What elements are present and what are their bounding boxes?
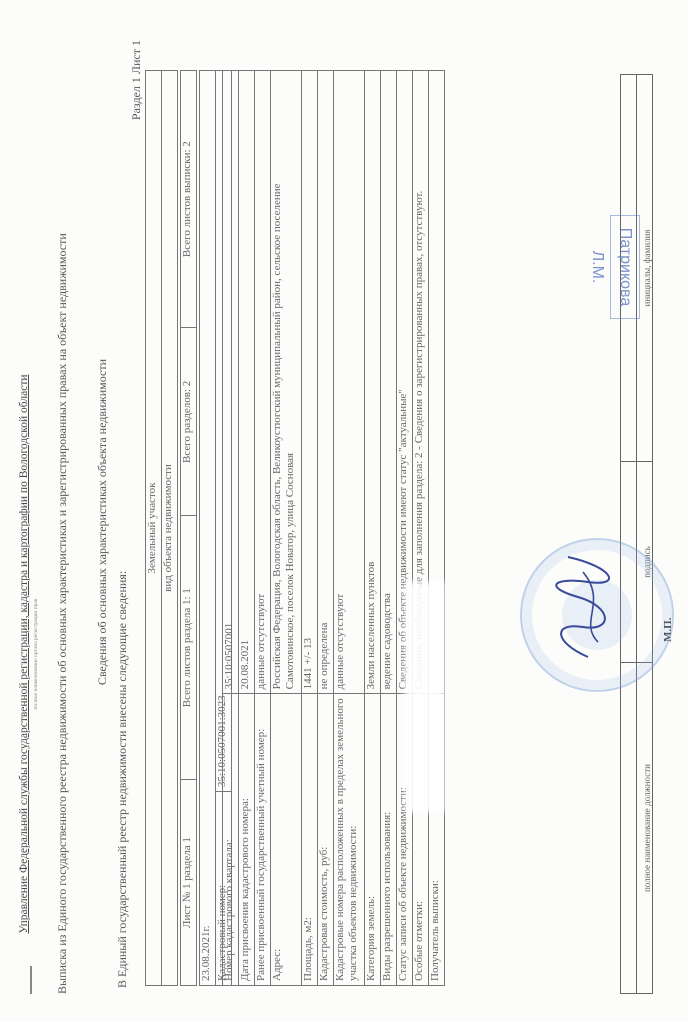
table-row: Площадь, м2: 1441 +/- 13 bbox=[302, 71, 318, 986]
table-row: Особые отметки: Сведения, необходимые дл… bbox=[413, 71, 429, 986]
address-line-2: Самотовинское, поселок Новатор, улица Со… bbox=[284, 75, 297, 689]
table-row: Номер кадастрового квартала: 35:10:05070… bbox=[223, 71, 239, 986]
total-sheets: Всего листов выписки: 2 bbox=[181, 71, 197, 328]
organization-caption: полное наименование органа регистрации п… bbox=[33, 314, 39, 994]
extract-date: 23.08.2021г. bbox=[200, 71, 216, 986]
table-row: Статус записи об объекте недвижимости: С… bbox=[397, 71, 413, 986]
characteristics-table: Номер кадастрового квартала: 35:10:05070… bbox=[222, 70, 445, 986]
table-row: Дата присвоения кадастрового номера: 20.… bbox=[239, 71, 255, 986]
section-title: Сведения об основных характеристиках объ… bbox=[95, 222, 110, 822]
table-row: Категория земель: Земли населенных пункт… bbox=[365, 71, 381, 986]
sheet-reference: Раздел 1 Лист 1 bbox=[129, 40, 144, 120]
position-caption: полное наименование должности bbox=[637, 663, 653, 994]
table-row: Кадастровая стоимость, руб: не определен… bbox=[318, 71, 334, 986]
sheets-in-section: Всего листов раздела 1: 1 bbox=[181, 516, 197, 780]
table-row: Получатель выписки: bbox=[429, 71, 445, 986]
signature-icon bbox=[548, 552, 618, 662]
organization-name: Управление Федеральной службы государств… bbox=[18, 314, 30, 994]
name-stamp: Патрикова Л.М. bbox=[610, 215, 640, 319]
table-row: Ранее присвоенный государственный учетны… bbox=[255, 71, 271, 986]
address-line-1: Российская Федерация, Вологодская област… bbox=[271, 75, 284, 689]
sheet-number: Лист № 1 раздела 1 bbox=[181, 780, 197, 986]
object-type-caption: вид объекта недвижимости bbox=[162, 71, 178, 986]
document-title: Выписка из Единого государственного реес… bbox=[55, 233, 70, 994]
signature-table: полное наименование должности подпись ин… bbox=[620, 74, 653, 994]
document-page: Управление Федеральной службы государств… bbox=[0, 0, 688, 1022]
margin-mark bbox=[30, 966, 32, 994]
intro-text: В Единый государственный реестр недвижим… bbox=[115, 571, 130, 988]
object-type-table: Земельный участок вид объекта недвижимос… bbox=[145, 70, 178, 986]
total-sections: Всего разделов: 2 bbox=[181, 328, 197, 516]
scan-washout bbox=[405, 582, 445, 812]
sheet-info-table: Лист № 1 раздела 1 Всего листов раздела … bbox=[180, 70, 197, 986]
table-row: Адрес: Российская Федерация, Вологодская… bbox=[271, 71, 302, 986]
table-row: Кадастровые номера расположенных в преде… bbox=[334, 71, 365, 986]
table-row: Виды разрешенного использования: ведение… bbox=[381, 71, 397, 986]
object-type-value: Земельный участок bbox=[146, 71, 162, 986]
